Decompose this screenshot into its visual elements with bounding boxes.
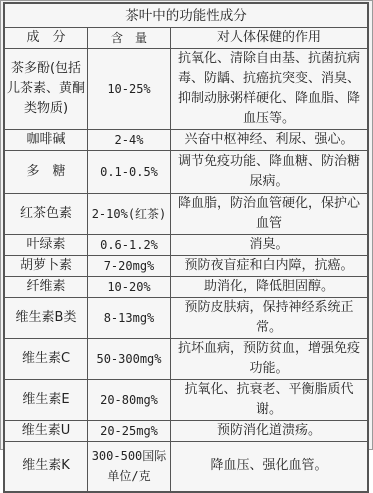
effect-cell: 预防皮肤病，保持神经系统正常。 [171, 298, 369, 339]
effect-cell: 抗氧化、抗衰老、平衡脂质代谢。 [171, 380, 369, 421]
effect-cell: 调节免疫功能、降血糖、防治糖尿病。 [171, 151, 369, 194]
content-cell: 20-25mg% [88, 421, 171, 442]
effect-cell: 预防夜盲症和白内障，抗癌。 [171, 256, 369, 277]
content-cell: 7-20mg% [88, 256, 171, 277]
table-row: 茶多酚(包括儿茶素、黄酮类物质)10-25%抗氧化、清除自由基、抗菌抗病毒、防龋… [4, 49, 368, 130]
header-effect: 对人体保健的作用 [171, 28, 369, 49]
table-row: 红茶色素2-10%(红茶)降血脂，防治血管硬化，保护心血管 [4, 194, 368, 235]
content-cell: 10-20% [88, 277, 171, 298]
effect-cell: 降血脂，防治血管硬化，保护心血管 [171, 194, 369, 235]
effect-cell: 消臭。 [171, 235, 369, 256]
component-cell: 纤维素 [4, 277, 88, 298]
component-cell: 红茶色素 [4, 194, 88, 235]
component-cell: 咖啡碱 [4, 130, 88, 151]
table-row: 纤维素10-20%助消化，降低胆固醇。 [4, 277, 368, 298]
table-row: 胡萝卜素7-20mg%预防夜盲症和白内障，抗癌。 [4, 256, 368, 277]
table-row: 叶绿素0.6-1.2%消臭。 [4, 235, 368, 256]
content-cell: 2-10%(红茶) [88, 194, 171, 235]
table-row: 维生素E20-80mg%抗氧化、抗衰老、平衡脂质代谢。 [4, 380, 368, 421]
content-cell: 50-300mg% [88, 339, 171, 380]
component-cell: 叶绿素 [4, 235, 88, 256]
table-row: 多 糖0.1-0.5%调节免疫功能、降血糖、防治糖尿病。 [4, 151, 368, 194]
content-cell: 0.1-0.5% [88, 151, 171, 194]
component-cell: 维生素K [4, 442, 88, 451]
content-cell: 0.6-1.2% [88, 235, 171, 256]
component-cell: 维生素B类 [4, 298, 88, 339]
effect-cell: 抗氧化、清除自由基、抗菌抗病毒、防龋、抗癌抗突变、消臭、抑制动脉粥样硬化、降血脂… [171, 49, 369, 130]
table-row: 维生素C50-300mg%抗坏血病，预防贫血，增强免疫功能。 [4, 339, 368, 380]
table-row: 维生素U20-25mg%预防消化道溃疡。 [4, 421, 368, 442]
table-row: 维生素B类8-13mg%预防皮肤病，保持神经系统正常。 [4, 298, 368, 339]
header-row: 成 分 含 量 对人体保健的作用 [4, 28, 368, 49]
content-cell: 2-4% [88, 130, 171, 151]
table-row: 咖啡碱2-4%兴奋中枢神经、利尿、强心。 [4, 130, 368, 151]
component-cell: 维生素C [4, 339, 88, 380]
table-title: 茶叶中的功能性成分 [4, 3, 368, 28]
effect-cell: 兴奋中枢神经、利尿、强心。 [171, 130, 369, 151]
functional-components-table: 茶叶中的功能性成分 成 分 含 量 对人体保健的作用 茶多酚(包括儿茶素、黄酮类… [3, 2, 369, 450]
table-row: 维生素K300-500国际单位/克降血压、强化血管。 [4, 442, 368, 451]
effect-cell: 预防消化道溃疡。 [171, 421, 369, 442]
effect-cell: 助消化，降低胆固醇。 [171, 277, 369, 298]
content-cell: 20-80mg% [88, 380, 171, 421]
content-cell: 300-500国际单位/克 [88, 442, 171, 451]
component-cell: 维生素U [4, 421, 88, 442]
effect-cell: 抗坏血病，预防贫血，增强免疫功能。 [171, 339, 369, 380]
header-content: 含 量 [88, 28, 171, 49]
header-component: 成 分 [4, 28, 88, 49]
component-cell: 维生素E [4, 380, 88, 421]
component-cell: 胡萝卜素 [4, 256, 88, 277]
component-cell: 茶多酚(包括儿茶素、黄酮类物质) [4, 49, 88, 130]
effect-cell: 降血压、强化血管。 [171, 442, 369, 451]
content-cell: 10-25% [88, 49, 171, 130]
component-cell: 多 糖 [4, 151, 88, 194]
content-cell: 8-13mg% [88, 298, 171, 339]
